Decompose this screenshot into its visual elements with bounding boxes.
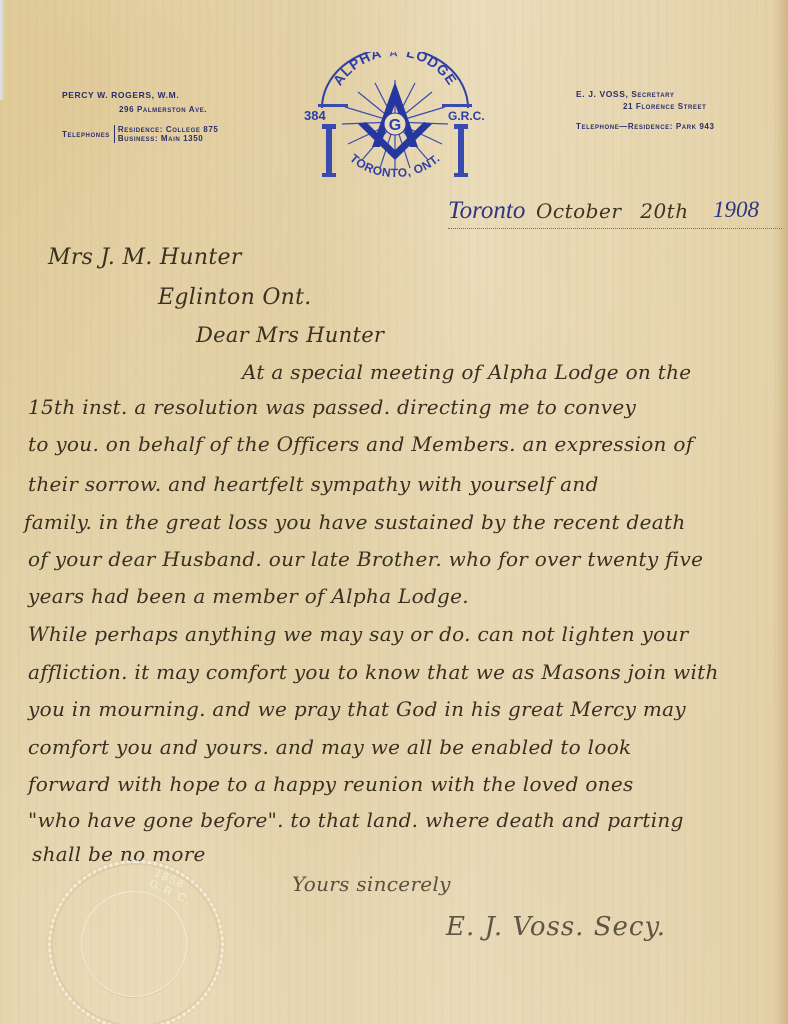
telephones-label: Telephones <box>62 130 110 139</box>
body-line: their sorrow. and heartfelt sympathy wit… <box>28 472 599 496</box>
body-line: While perhaps anything we may say or do.… <box>28 622 689 646</box>
body-line: comfort you and yours. and may we all be… <box>28 735 631 759</box>
paper-edge <box>0 0 5 100</box>
signature: E. J. Voss. Secy. <box>446 912 666 942</box>
emblem-g-letter: G <box>389 117 401 134</box>
worshipful-master-telephones: Telephones Residence: College 875 Busine… <box>62 125 218 143</box>
residence-phone: Residence: College 875 <box>118 125 219 134</box>
body-line: "who have gone before". to that land. wh… <box>28 808 684 832</box>
date-year: 1908 <box>713 197 759 223</box>
worshipful-master-address: 296 Palmerston Ave. <box>119 105 207 114</box>
date-city: Toronto <box>448 197 525 225</box>
embossed-seal-icon: 1858 G.R.C. <box>48 860 224 1024</box>
recipient-location: Eglinton Ont. <box>158 285 312 310</box>
body-line: years had been a member of Alpha Lodge. <box>28 584 469 608</box>
body-line: to you. on behalf of the Officers and Me… <box>28 432 693 456</box>
letter-page: PERCY W. ROGERS, W.M. 296 Palmerston Ave… <box>0 0 788 1024</box>
date-line: Toronto October 20th 1908 <box>448 196 782 229</box>
salutation: Dear Mrs Hunter <box>196 323 384 347</box>
body-line: 15th inst. a resolution was passed. dire… <box>28 395 636 419</box>
lodge-number: 384 <box>304 108 326 123</box>
body-line: you in mourning. and we pray that God in… <box>28 697 686 721</box>
closing: Yours sincerely <box>292 872 451 896</box>
secretary-title: Secretary <box>631 90 674 99</box>
worshipful-master-name: PERCY W. ROGERS, W.M. <box>62 90 179 100</box>
secretary-telephone: Telephone—Residence: Park 943 <box>576 122 715 131</box>
date-handwritten: October 20th <box>536 199 689 223</box>
secretary-address: 21 Florence Street <box>623 102 706 111</box>
body-line: family. in the great loss you have susta… <box>24 510 686 534</box>
alpha-lodge-emblem: G ALPHA ☆ LODGE 384 G.R.C. TORONTO, ONT. <box>300 52 490 187</box>
seal-inner-ring <box>81 891 187 997</box>
body-line: of your dear Husband. our late Brother. … <box>28 547 703 571</box>
recipient-name: Mrs J. M. Hunter <box>48 245 242 270</box>
secretary-name-line: E. J. VOSS, Secretary <box>576 89 674 99</box>
secretary-name: E. J. VOSS, <box>576 89 628 99</box>
body-line: forward with hope to a happy reunion wit… <box>28 772 634 796</box>
body-line: At a special meeting of Alpha Lodge on t… <box>242 360 691 384</box>
business-phone: Business: Main 1350 <box>118 134 219 143</box>
lodge-jurisdiction: G.R.C. <box>448 109 485 123</box>
body-line: affliction. it may comfort you to know t… <box>28 660 719 684</box>
telephone-numbers: Residence: College 875 Business: Main 13… <box>114 125 219 143</box>
